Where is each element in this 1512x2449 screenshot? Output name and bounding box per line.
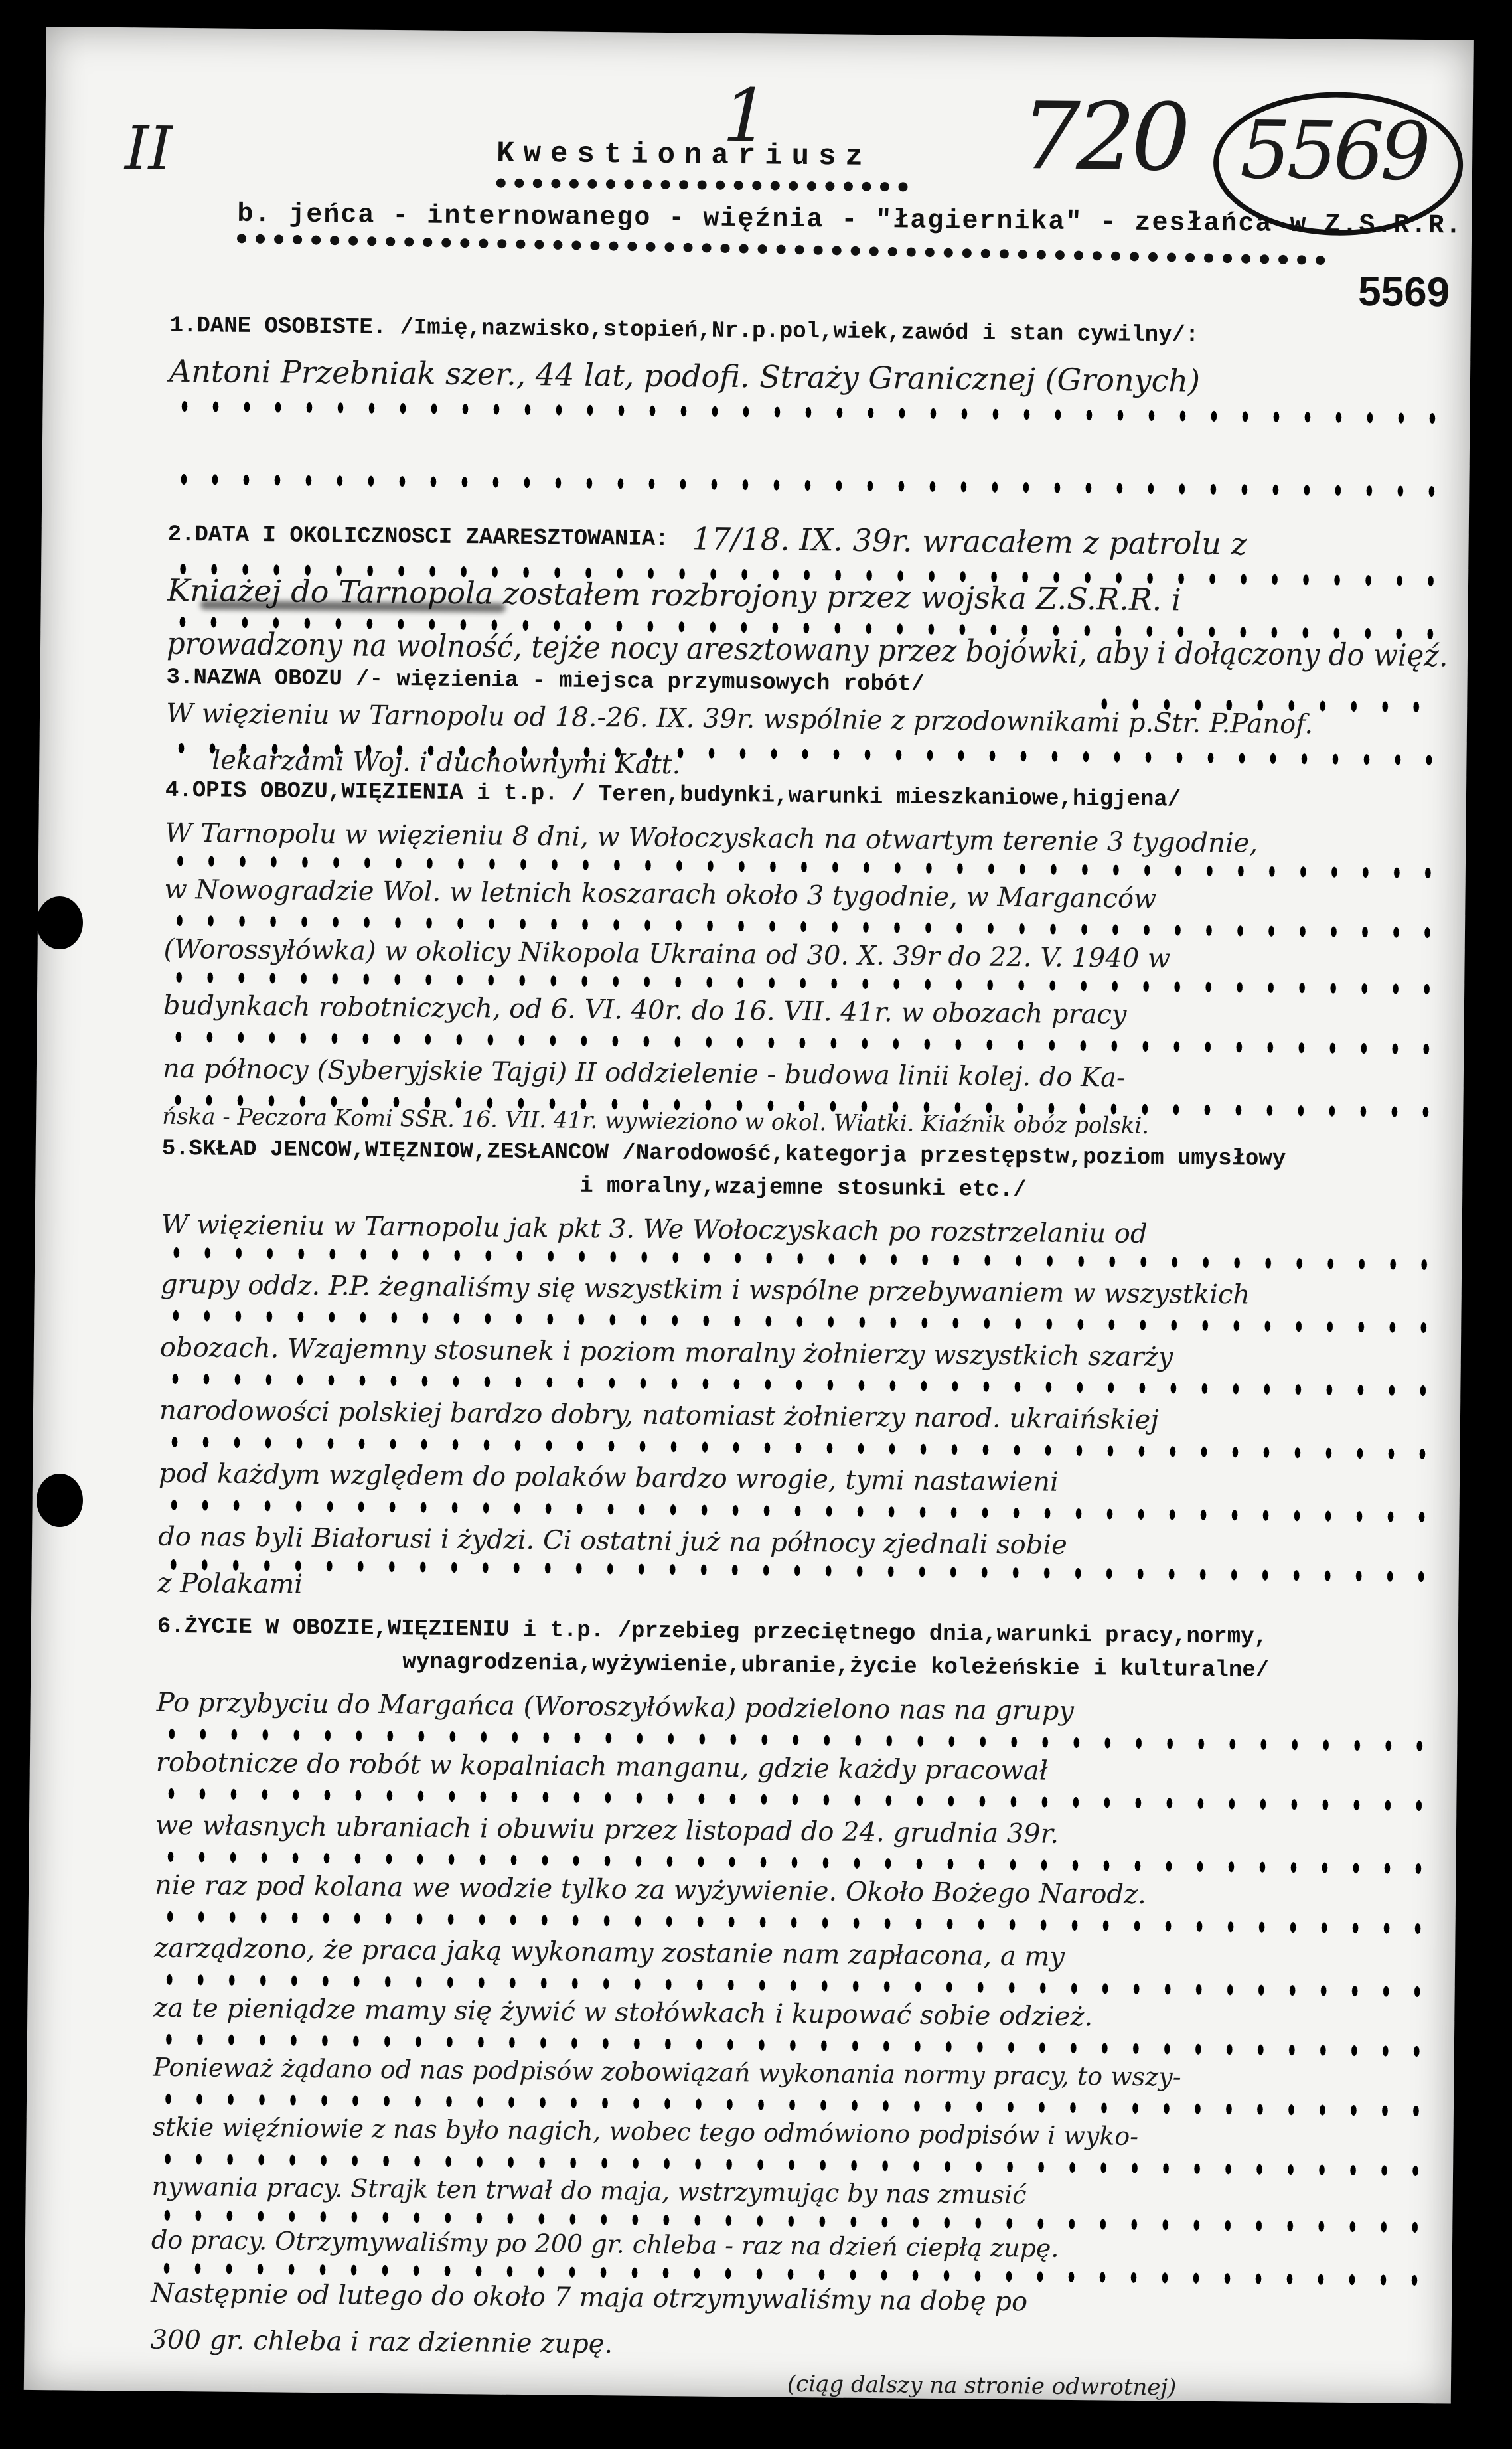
subtitle-underline [237, 234, 1325, 274]
dotted-line [161, 1243, 1442, 1275]
ink-number: 720 [1021, 82, 1187, 192]
punch-hole [37, 896, 83, 949]
dotted-line [155, 1907, 1436, 1939]
corner-mark: II [125, 114, 173, 184]
section-6-line: we własnych ubraniach i obuwiu przez lis… [155, 1810, 1059, 1850]
dotted-line [158, 1495, 1439, 1528]
section-4-line: w Nowogradzie Wol. w letnich koszarach o… [164, 874, 1156, 914]
section-6-heading: 6.ŻYCIE W OBOZIE,WIĘZIENIU i t.p. /przeb… [157, 1615, 1268, 1650]
section-5-line: grupy oddz. P.P. żegnaliśmy się wszystki… [161, 1269, 1250, 1310]
section-6-line: robotnicze do robót w kopalniach manganu… [156, 1747, 1048, 1786]
document-title: Kwestionariusz [496, 137, 872, 174]
dotted-line [159, 1369, 1440, 1401]
section-5-line: narodowości polskiej bardzo dobry, natom… [159, 1395, 1159, 1435]
questionnaire-page: II 1 720 5569 Kwestionariusz b. jeńca - … [24, 27, 1474, 2403]
document-number: 5569 [1358, 268, 1450, 316]
section-6-line: nywania pracy. Strajk ten trwał do maja,… [152, 2172, 1027, 2210]
section-3-heading: 3.NAZWA OBOZU /- więzienia - miejsca prz… [166, 665, 925, 698]
dotted-line [163, 1027, 1444, 1060]
punch-hole [37, 1474, 83, 1527]
dotted-line [158, 1555, 1439, 1587]
section-5-line: z Polakami [157, 1568, 303, 1600]
section-5-line: obozach. Wzajemny stosunek i poziom mora… [160, 1332, 1173, 1373]
section-6-line: nie raz pod kolana we wodzie tylko za wy… [155, 1870, 1146, 1910]
section-5-line: do nas byli Białorusi i żydzi. Ci ostatn… [158, 1522, 1067, 1561]
section-2-line: 17/18. IX. 39r. wracałem z patrolu z [692, 520, 1247, 562]
stamp-number: 5569 [1240, 104, 1428, 198]
dotted-line [159, 1432, 1440, 1464]
dotted-line [169, 396, 1450, 429]
title-underline [496, 179, 908, 201]
dotted-line [160, 1306, 1441, 1338]
section-1-heading: 1.DANE OSOBISTE. /Imię,nazwisko,stopień,… [169, 313, 1199, 349]
section-1-line: Antoni Przebniak szer., 44 lat, podofi. … [169, 353, 1200, 399]
section-6-line: 300 gr. chleba i raz dziennie zupę. [150, 2325, 613, 2360]
section-6-line: Ponieważ żądano od nas podpisów zobowiąz… [153, 2053, 1181, 2092]
section-6-line: za te pieniądze mamy się żywić w stołówk… [153, 1993, 1093, 2033]
section-6-heading-cont: wynagrodzenia,wyżywienie,ubranie,życie k… [402, 1650, 1269, 1684]
section-4-line: budynkach robotniczych, od 6. VI. 40r. d… [163, 990, 1127, 1030]
section-5-heading: 5.SKŁAD JENCOW,WIĘZNIOW,ZESŁANCOW /Narod… [162, 1137, 1286, 1172]
section-6-line: Po przybyciu do Margańca (Woroszyłówka) … [157, 1688, 1075, 1727]
section-6-line: stkie więźniowie z nas było nagich, wobe… [152, 2112, 1138, 2151]
section-6-line: zarządzono, że praca jaką wykonamy zosta… [154, 1933, 1065, 1972]
section-3-line: lekarzami Woj. i duchownymi Katt. [212, 745, 681, 780]
section-5-line: pod każdym względem do polaków bardzo wr… [159, 1459, 1059, 1498]
continuation-note: (ciąg dalszy na stronie odwrotnej) [787, 2371, 1177, 2401]
section-5-heading-cont: i moralny,wzajemne stosunki etc./ [579, 1174, 1027, 1203]
dotted-line [168, 469, 1449, 502]
section-2-heading: 2.DATA I OKOLICZNOSCI ZAARESZTOWANIA: [167, 522, 668, 552]
section-4-heading: 4.OPIS OBOZU,WIĘZIENIA i t.p. / Teren,bu… [165, 778, 1181, 813]
dotted-line [155, 1784, 1436, 1816]
section-4-line: na północy (Syberyjskie Tajgi) II oddzie… [163, 1054, 1126, 1093]
